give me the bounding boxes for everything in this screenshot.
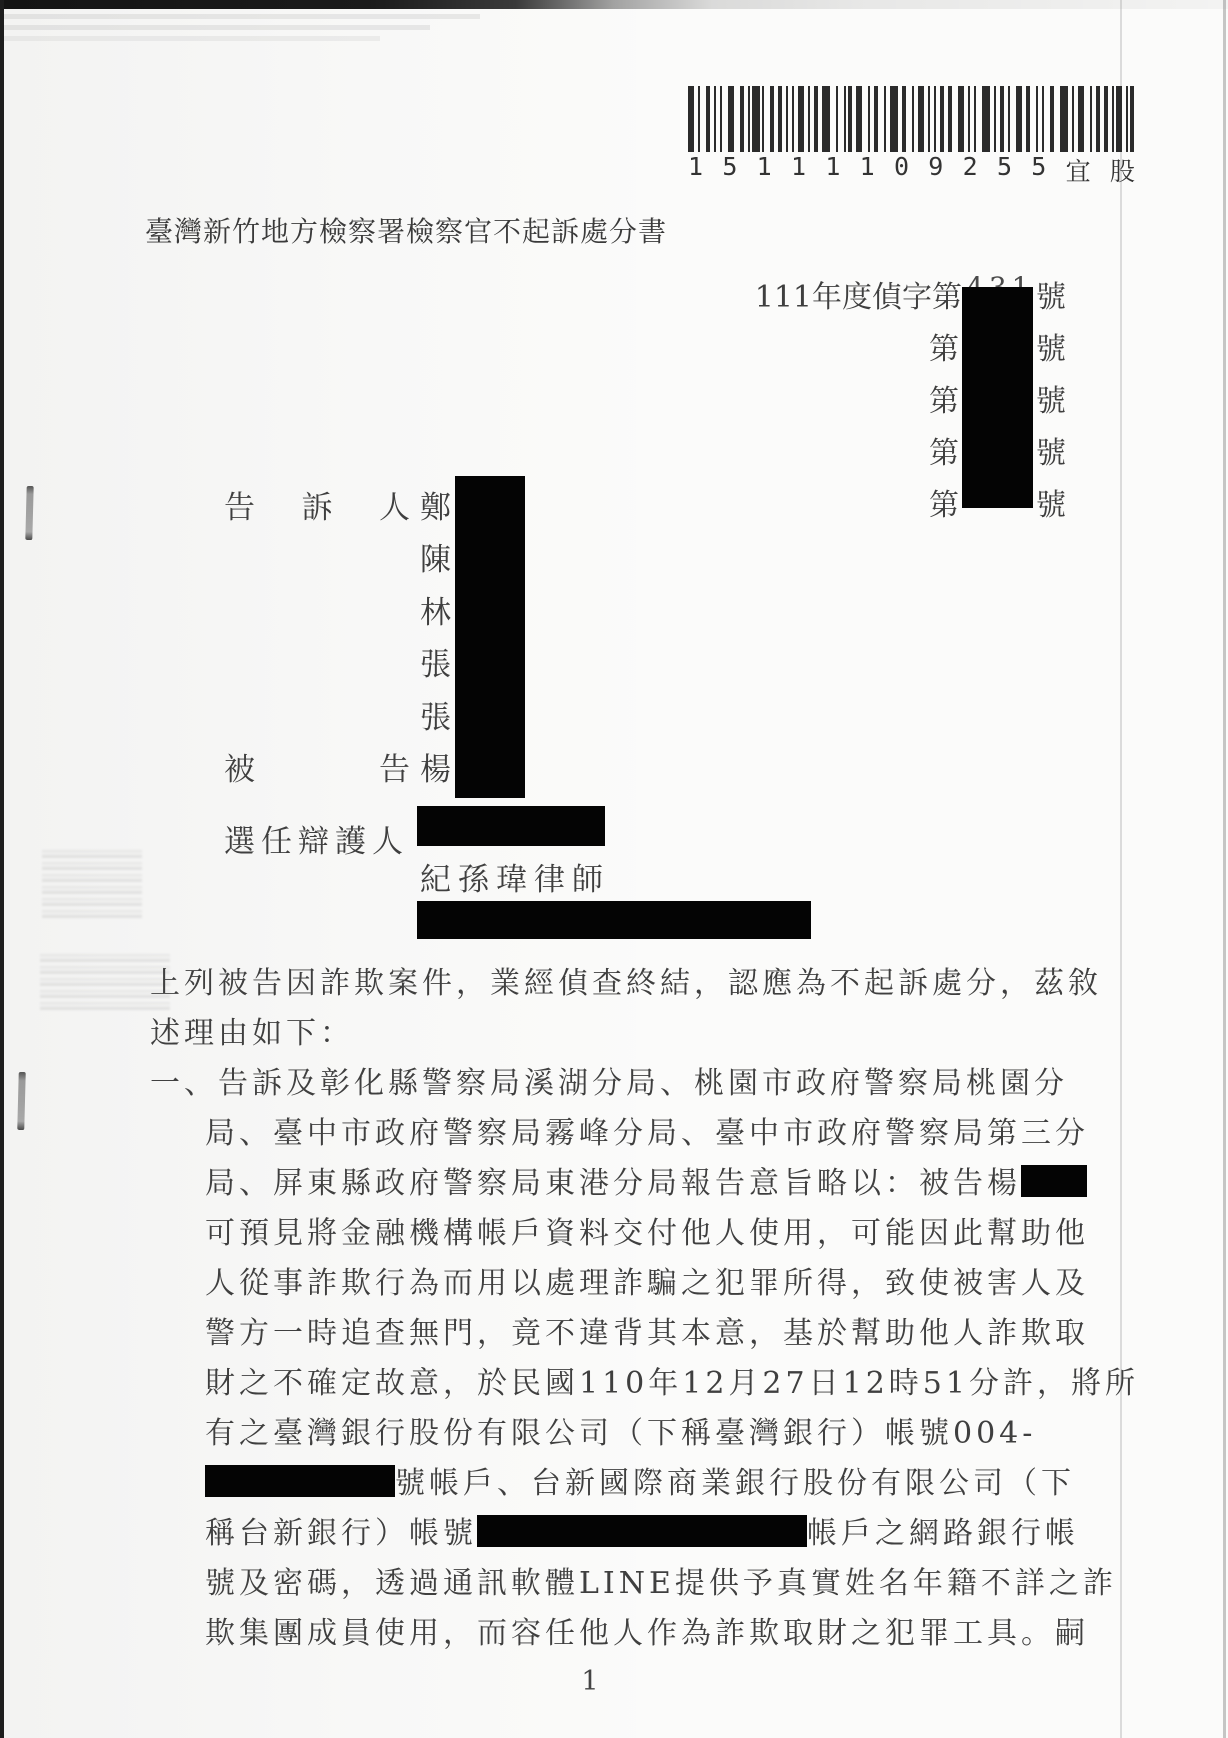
complainant-surname: 鄭 bbox=[420, 482, 451, 527]
complainant-label-char: 人 bbox=[379, 482, 410, 527]
scan-edge-left bbox=[0, 0, 4, 1738]
body-line: 稱台新銀行）帳號帳戶之網路銀行帳 bbox=[205, 1508, 1079, 1552]
barcode-label-char: 1 bbox=[688, 152, 703, 188]
body-line-text: 局、屏東縣政府警察局東港分局報告意旨略以：被告楊 bbox=[205, 1166, 1021, 1201]
body-line: 人從事詐欺行為而用以處理詐騙之犯罪所得，致使被害人及 bbox=[205, 1258, 1089, 1302]
scan-edge-right bbox=[1223, 0, 1226, 1738]
body-line: 欺集團成員使用，而容任他人作為詐欺取財之犯罪工具。嗣 bbox=[205, 1608, 1089, 1652]
complainant-label-char: 訴 bbox=[302, 482, 333, 527]
redaction-box-inline bbox=[1021, 1165, 1087, 1197]
complainant-surname: 張 bbox=[420, 639, 451, 684]
barcode-label-char: 5 bbox=[1031, 152, 1046, 188]
case-number-suffix: 號 bbox=[1036, 324, 1066, 368]
barcode-label-char: 股 bbox=[1110, 152, 1135, 188]
scan-top-noise bbox=[0, 0, 1228, 9]
body-line: 上列被告因詐欺案件，業經偵查終結，認應為不起訴處分，茲敘 bbox=[150, 958, 1102, 1002]
body-line: 可預見將金融機構帳戶資料交付他人使用，可能因此幫助他 bbox=[205, 1208, 1089, 1252]
redaction-box-names bbox=[455, 476, 525, 798]
body-line: 述理由如下： bbox=[150, 1008, 354, 1052]
barcode-label: 15111109255宜股 bbox=[688, 152, 1135, 188]
redaction-box-counsel bbox=[417, 806, 605, 846]
redaction-box-case-numbers bbox=[962, 287, 1033, 508]
staple-mark bbox=[25, 486, 33, 540]
body-line-text: 帳戶之網路銀行帳 bbox=[807, 1516, 1079, 1551]
case-number-suffix: 號 bbox=[1036, 480, 1066, 524]
scan-streak bbox=[0, 14, 480, 19]
barcode-label-char: 1 bbox=[825, 152, 840, 188]
redaction-box-inline bbox=[205, 1465, 395, 1497]
case-number-suffix: 號 bbox=[1036, 272, 1066, 316]
body-line: 號及密碼，透過通訊軟體LINE提供予真實姓名年籍不詳之詐 bbox=[205, 1558, 1117, 1602]
complainant-surname: 陳 bbox=[420, 534, 451, 579]
defendant-label-char: 告 bbox=[379, 744, 410, 789]
body-line: 有之臺灣銀行股份有限公司（下稱臺灣銀行）帳號004- bbox=[205, 1408, 1036, 1452]
staple-mark bbox=[17, 1072, 26, 1130]
body-line: 警方一時追查無門，竟不違背其本意，基於幫助他人詐欺取 bbox=[205, 1308, 1089, 1352]
barcode-label-char: 1 bbox=[791, 152, 806, 188]
barcode-label-char: 宜 bbox=[1066, 152, 1091, 188]
body-line: 局、屏東縣政府警察局東港分局報告意旨略以：被告楊 bbox=[205, 1158, 1087, 1202]
defendant-surname: 楊 bbox=[420, 744, 451, 789]
body-line-text: 稱台新銀行）帳號 bbox=[205, 1516, 477, 1551]
complainant-label: 告 訴 人 bbox=[224, 482, 410, 527]
case-number-suffix: 號 bbox=[1036, 428, 1066, 472]
case-number-prefix: 第 bbox=[929, 324, 959, 368]
case-number-prefix: 第 bbox=[929, 376, 959, 420]
complainant-label-char: 告 bbox=[224, 482, 255, 527]
scan-smudge bbox=[42, 846, 142, 918]
case-number-prefix: 第 bbox=[929, 428, 959, 472]
scan-streak-vertical bbox=[1120, 0, 1122, 1738]
defense-counsel-name: 紀孫瑋律師 bbox=[420, 854, 610, 899]
barcode-label-char: 2 bbox=[963, 152, 978, 188]
redaction-box-counsel-address bbox=[417, 901, 811, 939]
scan-streak bbox=[0, 25, 430, 30]
body-line: 局、臺中市政府警察局霧峰分局、臺中市政府警察局第三分 bbox=[205, 1108, 1089, 1152]
scanned-document-page: 15111109255宜股 臺灣新竹地方檢察署檢察官不起訴處分書 111年度偵字… bbox=[0, 0, 1228, 1738]
barcode bbox=[688, 86, 1135, 152]
defendant-label-char: 被 bbox=[224, 744, 255, 789]
defendant-label: 被 告 bbox=[224, 744, 410, 789]
defense-counsel-label: 選任辯護人 bbox=[224, 816, 409, 861]
case-number-prefix: 第 bbox=[929, 480, 959, 524]
case-number-partial-digits: 4313 bbox=[966, 271, 1028, 287]
barcode-label-char: 1 bbox=[860, 152, 875, 188]
body-line: 財之不確定故意，於民國110年12月27日12時51分許，將所 bbox=[205, 1358, 1139, 1402]
barcode-label-char: 5 bbox=[722, 152, 737, 188]
case-number-prefix: 111年度偵字第 bbox=[755, 272, 962, 316]
body-line-text: 號帳戶、台新國際商業銀行股份有限公司（下 bbox=[395, 1466, 1075, 1501]
barcode-label-char: 5 bbox=[997, 152, 1012, 188]
page-number: 1 bbox=[520, 1666, 660, 1697]
complainant-surname: 張 bbox=[420, 692, 451, 737]
case-number-suffix: 號 bbox=[1036, 376, 1066, 420]
body-line: 號帳戶、台新國際商業銀行股份有限公司（下 bbox=[205, 1458, 1075, 1502]
barcode-label-char: 9 bbox=[928, 152, 943, 188]
body-line: 一、告訴及彰化縣警察局溪湖分局、桃園市政府警察局桃園分 bbox=[150, 1058, 1068, 1102]
barcode-label-char: 0 bbox=[894, 152, 909, 188]
redaction-box-inline bbox=[477, 1515, 807, 1547]
document-title: 臺灣新竹地方檢察署檢察官不起訴處分書 bbox=[145, 210, 667, 250]
scan-streak bbox=[0, 36, 380, 41]
barcode-label-char: 1 bbox=[757, 152, 772, 188]
complainant-surname: 林 bbox=[420, 587, 451, 632]
